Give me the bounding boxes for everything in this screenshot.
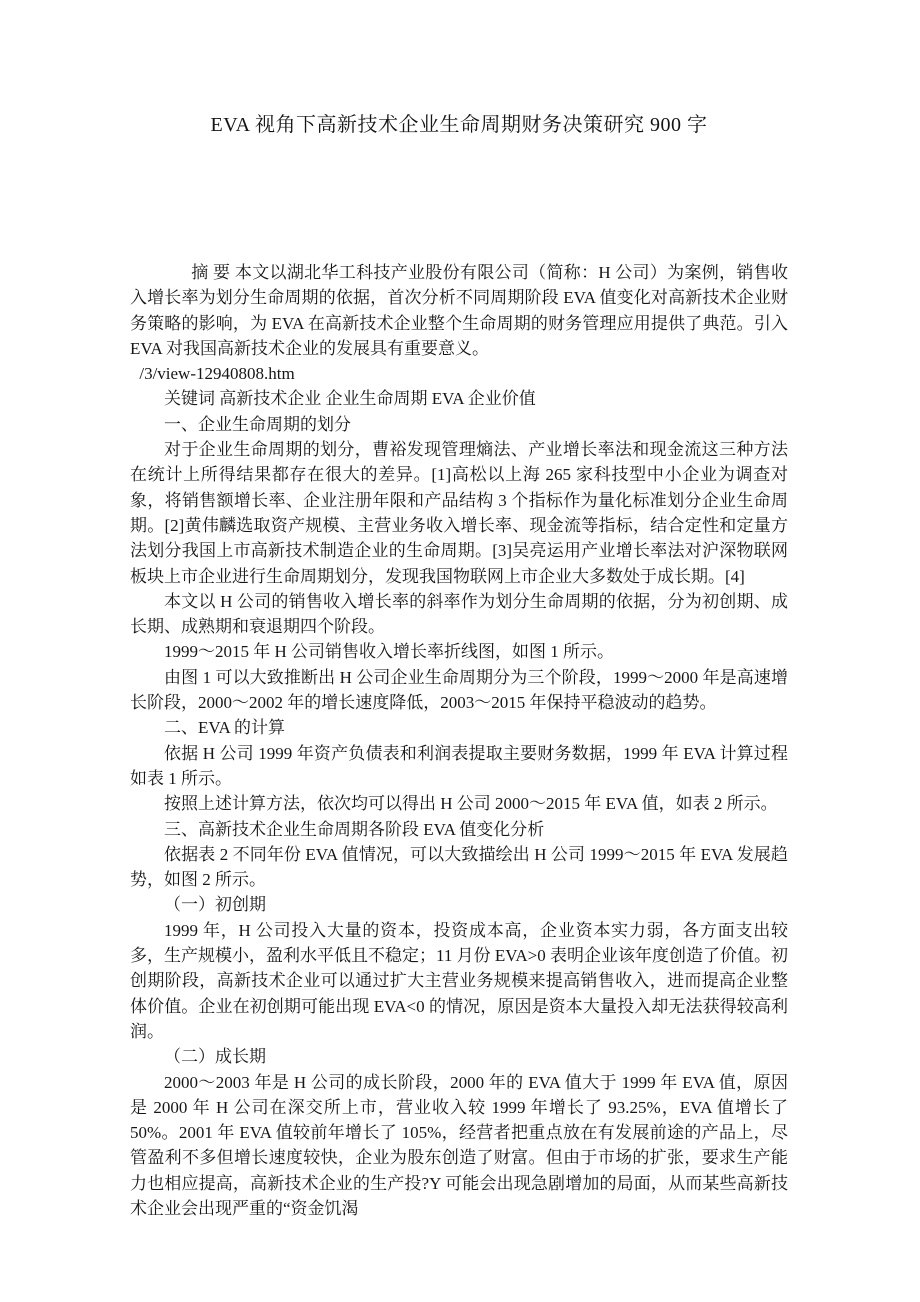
body-paragraph-figure1-intro: 1999～2015 年 H 公司销售收入增长率折线图，如图 1 所示。 (130, 639, 788, 664)
body-paragraph-figure2: 依据表 2 不同年份 EVA 值情况，可以大致描绘出 H 公司 1999～201… (130, 842, 788, 893)
body-paragraph-method: 本文以 H 公司的销售收入增长率的斜率作为划分生命周期的依据，分为初创期、成长期… (130, 589, 788, 640)
keywords-line: 关键词 高新技术企业 企业生命周期 EVA 企业价值 (130, 386, 788, 411)
body-paragraph-table2: 按照上述计算方法，依次均可以得出 H 公司 2000～2015 年 EVA 值，… (130, 791, 788, 816)
body-paragraph-figure1-analysis: 由图 1 可以大致推断出 H 公司企业生命周期分为三个阶段，1999～2000 … (130, 665, 788, 716)
body-paragraph-growth-stage: 2000～2003 年是 H 公司的成长阶段，2000 年的 EVA 值大于 1… (130, 1070, 788, 1222)
subsection-heading-growth: （二）成长期 (130, 1044, 788, 1069)
subsection-heading-startup: （一）初创期 (130, 892, 788, 917)
article-url: /3/view-12940808.htm (130, 361, 788, 386)
abstract-paragraph: 摘 要 本文以湖北华工科技产业股份有限公司（简称：H 公司）为案例，销售收入增长… (130, 260, 788, 361)
title-body-spacer (130, 138, 788, 260)
document-body: 摘 要 本文以湖北华工科技产业股份有限公司（简称：H 公司）为案例，销售收入增长… (130, 260, 788, 1221)
section-heading-1: 一、企业生命周期的划分 (130, 412, 788, 437)
document-page: EVA 视角下高新技术企业生命周期财务决策研究 900 字 摘 要 本文以湖北华… (0, 0, 920, 1302)
body-paragraph-startup-stage: 1999 年，H 公司投入大量的资本，投资成本高，企业资本实力弱，各方面支出较多… (130, 918, 788, 1044)
document-title: EVA 视角下高新技术企业生命周期财务决策研究 900 字 (130, 112, 788, 138)
body-paragraph-lifecycle-division: 对于企业生命周期的划分，曹裕发现管理熵法、产业增长率法和现金流这三种方法在统计上… (130, 437, 788, 589)
body-paragraph-table1: 依据 H 公司 1999 年资产负债表和利润表提取主要财务数据，1999 年 E… (130, 741, 788, 792)
section-heading-3: 三、高新技术企业生命周期各阶段 EVA 值变化分析 (130, 817, 788, 842)
section-heading-2: 二、EVA 的计算 (130, 715, 788, 740)
